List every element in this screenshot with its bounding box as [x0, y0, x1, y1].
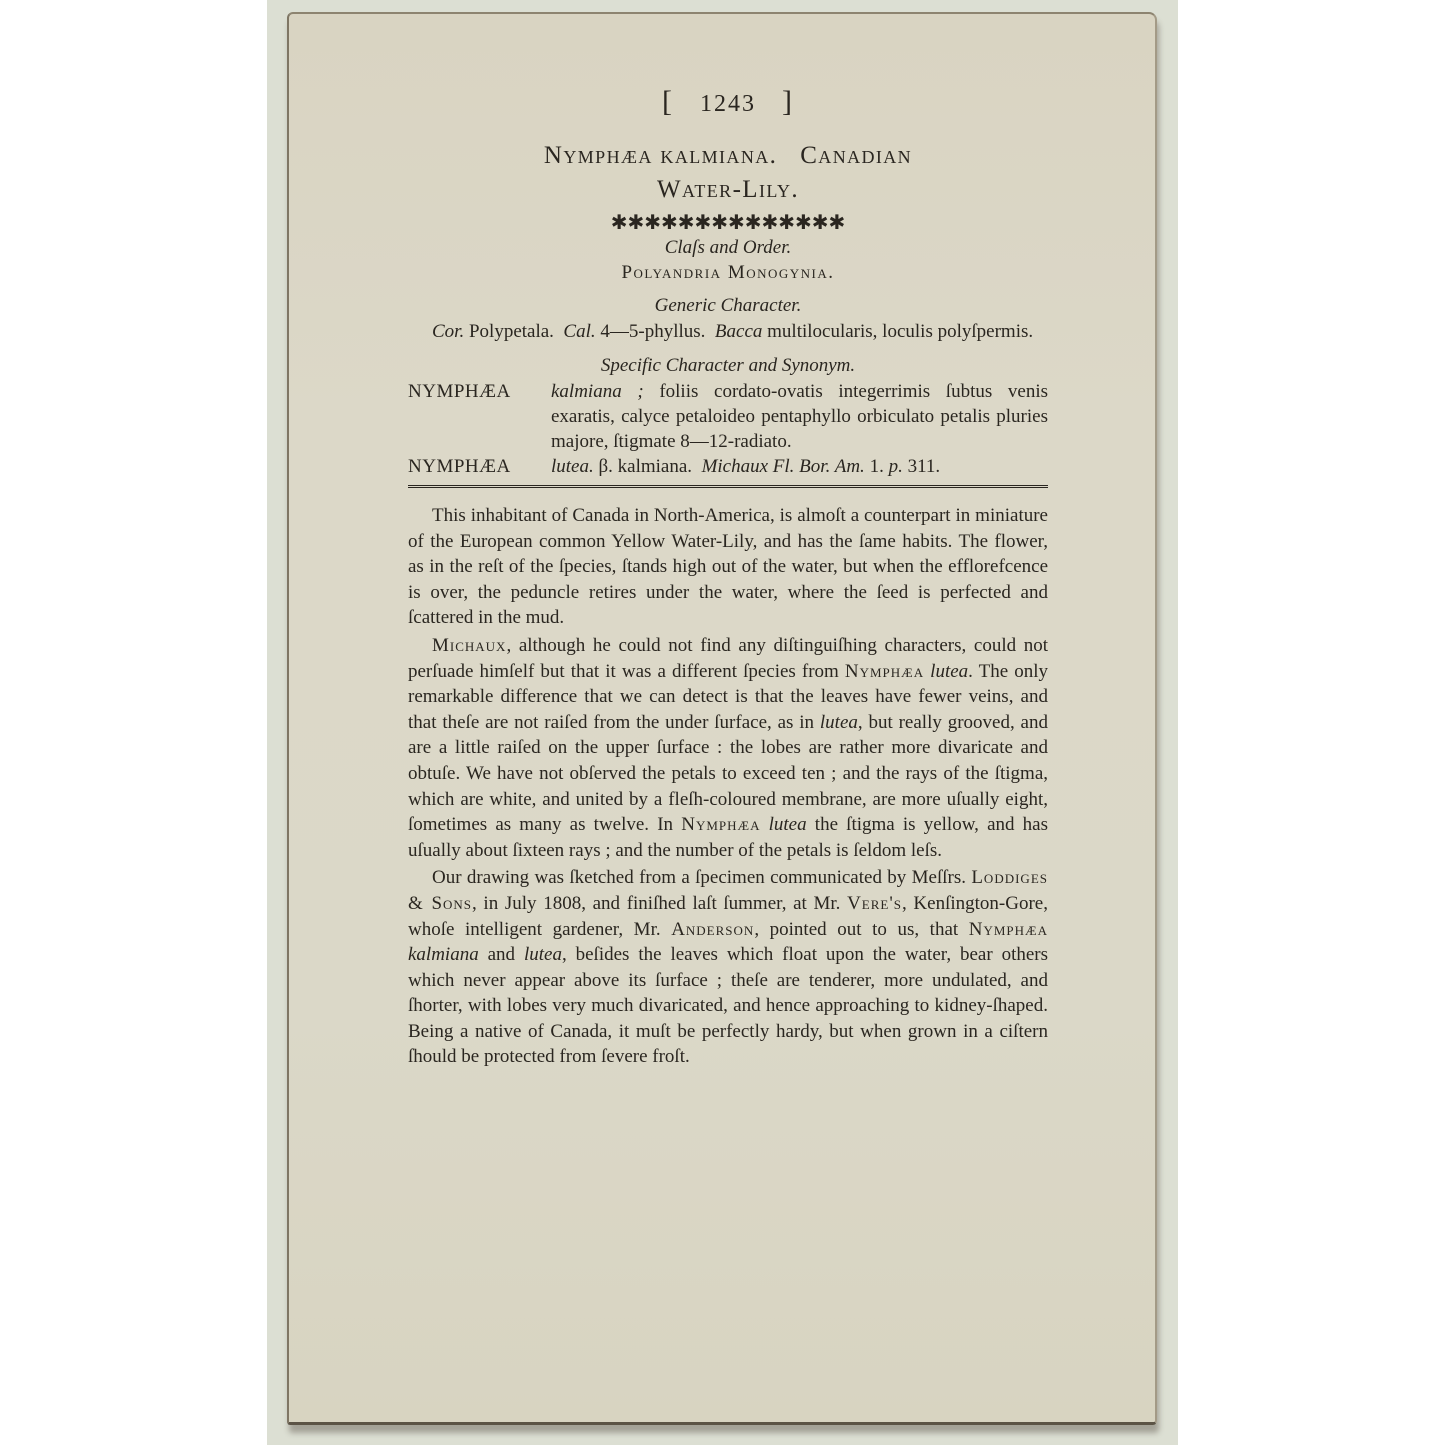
species-name: lutea	[930, 661, 968, 682]
synonym-genus: NYMPHÆA	[408, 454, 551, 479]
cal-text: 4—5-phyllus.	[596, 321, 715, 342]
author-name: Michaux	[432, 635, 506, 656]
title-line-2: Water-Lily.	[408, 173, 1048, 207]
synonym-text: lutea. β. kalmiana. Michaux Fl. Bor. Am.…	[551, 454, 1048, 479]
synonym-page-label: p.	[889, 456, 903, 477]
species-name: kalmiana	[408, 944, 479, 965]
synonym-species: kalmiana ;	[551, 381, 644, 402]
page-title: Nymphæa kalmiana. Canadian Water-Lily.	[408, 139, 1048, 207]
synonym-volume: 1.	[865, 456, 889, 477]
synonym-row: NYMPHÆA lutea. β. kalmiana. Michaux Fl. …	[408, 454, 1048, 479]
synonym-row: NYMPHÆA kalmiana ; foliis cordato-ovatis…	[408, 379, 1048, 454]
class-heading: Claſs and Order.	[408, 235, 1048, 261]
generic-heading: Generic Character.	[408, 293, 1048, 319]
synonym-species: lutea.	[551, 456, 594, 477]
species-name: lutea	[524, 944, 562, 965]
bracket-left: [	[662, 85, 674, 118]
synonym-reference: Michaux Fl. Bor. Am.	[702, 456, 865, 477]
page-number-header: [1243]	[408, 85, 1048, 129]
title-line-1: Nymphæa kalmiana. Canadian	[408, 139, 1048, 173]
person-name: Anderson	[671, 919, 754, 940]
synonym-genus: NYMPHÆA	[408, 379, 551, 454]
text-run: , in July 1808, and finiſhed laſt ſummer…	[472, 893, 847, 914]
species-name: lutea	[820, 712, 858, 733]
text-run: Our drawing was ſketched from a ſpecimen…	[432, 867, 971, 888]
genus-name: Nymphæa	[969, 919, 1048, 940]
synonym-text: kalmiana ; foliis cordato-ovatis integer…	[551, 379, 1048, 454]
species-name: lutea	[769, 814, 807, 835]
class-value: Polyandria Monogynia.	[408, 261, 1048, 285]
paragraph-1: This inhabitant of Canada in North-Ameri…	[408, 503, 1048, 631]
bacca-text: multilocularis, loculis polyſpermis.	[762, 321, 1033, 342]
document-page: [1243] Nymphæa kalmiana. Canadian Water-…	[408, 85, 1048, 1072]
text-run: , pointed out to us, that	[754, 919, 968, 940]
bacca-label: Bacca	[715, 321, 762, 342]
generic-character: Cor. Polypetala. Cal. 4—5-phyllus. Bacca…	[408, 319, 1048, 345]
page-number: 1243	[700, 91, 756, 117]
cor-text: Polypetala.	[464, 321, 563, 342]
paragraph-3: Our drawing was ſketched from a ſpecimen…	[408, 865, 1048, 1070]
bracket-right: ]	[782, 85, 794, 118]
synonym-description: β. kalmiana.	[594, 456, 702, 477]
synonym-page: 311.	[903, 456, 940, 477]
ornament-divider: ✱✱✱✱✱✱✱✱✱✱✱✱✱✱	[408, 211, 1048, 235]
specific-heading: Specific Character and Synonym.	[408, 353, 1048, 379]
cor-label: Cor.	[432, 321, 464, 342]
text-run: and	[479, 944, 524, 965]
cal-label: Cal.	[563, 321, 595, 342]
section-divider	[408, 485, 1048, 489]
paragraph-2: Michaux, although he could not find any …	[408, 633, 1048, 863]
genus-name: Nymphæa	[845, 661, 924, 682]
genus-name: Nymphæa	[681, 814, 760, 835]
person-name: Vere's	[847, 893, 902, 914]
